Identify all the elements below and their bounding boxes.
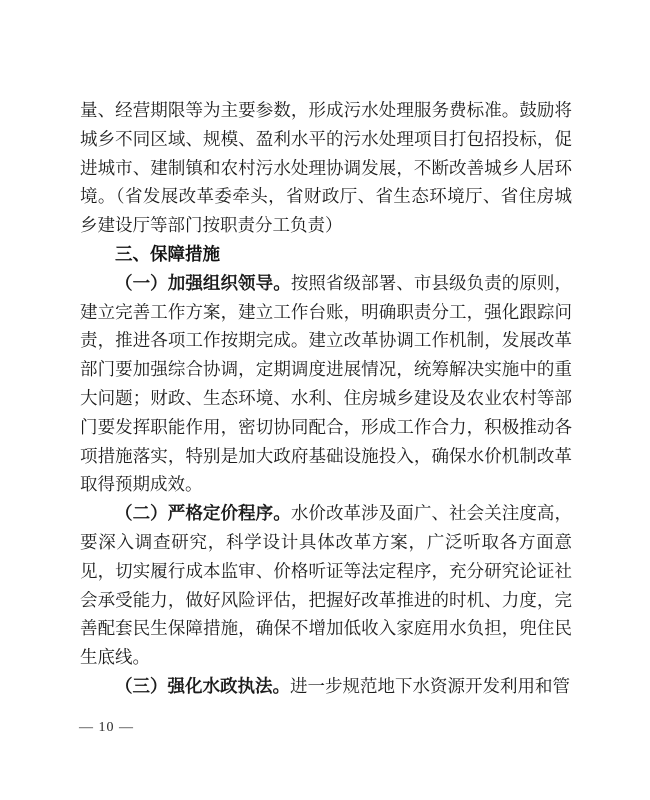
paragraph-item-2: （二）严格定价程序。水价改革涉及面广、社会关注度高，要深入调查研究，科学设计具体… — [80, 499, 572, 672]
paragraph-item-1: （一）加强组织领导。按照省级部署、市县级负责的原则，建立完善工作方案，建立工作台… — [80, 269, 572, 499]
paragraph-item-3-body: 进一步规范地下水资源开发利用和管 — [290, 676, 570, 696]
document-page: 量、经营期限等为主要参数，形成污水处理服务费标准。鼓励将城乡不同区域、规模、盈利… — [0, 0, 650, 800]
paragraph-item-2-lead: （二）严格定价程序。 — [115, 503, 291, 523]
page-number: — 10 — — [79, 720, 134, 736]
paragraph-item-1-lead: （一）加强组织领导。 — [115, 273, 291, 293]
document-body: 量、经营期限等为主要参数，形成污水处理服务费标准。鼓励将城乡不同区域、规模、盈利… — [80, 96, 572, 701]
paragraph-item-3-lead: （三）强化水政执法。 — [115, 676, 290, 696]
paragraph-item-1-body: 按照省级部署、市县级负责的原则，建立完善工作方案，建立工作台账，明确职责分工，强… — [80, 273, 572, 495]
paragraph-item-2-body: 水价改革涉及面广、社会关注度高，要深入调查研究，科学设计具体改革方案，广泛听取各… — [80, 503, 572, 667]
paragraph-continuation: 量、经营期限等为主要参数，形成污水处理服务费标准。鼓励将城乡不同区域、规模、盈利… — [80, 96, 572, 240]
paragraph-item-3: （三）强化水政执法。进一步规范地下水资源开发利用和管 — [80, 672, 572, 701]
section-heading: 三、保障措施 — [80, 240, 572, 269]
